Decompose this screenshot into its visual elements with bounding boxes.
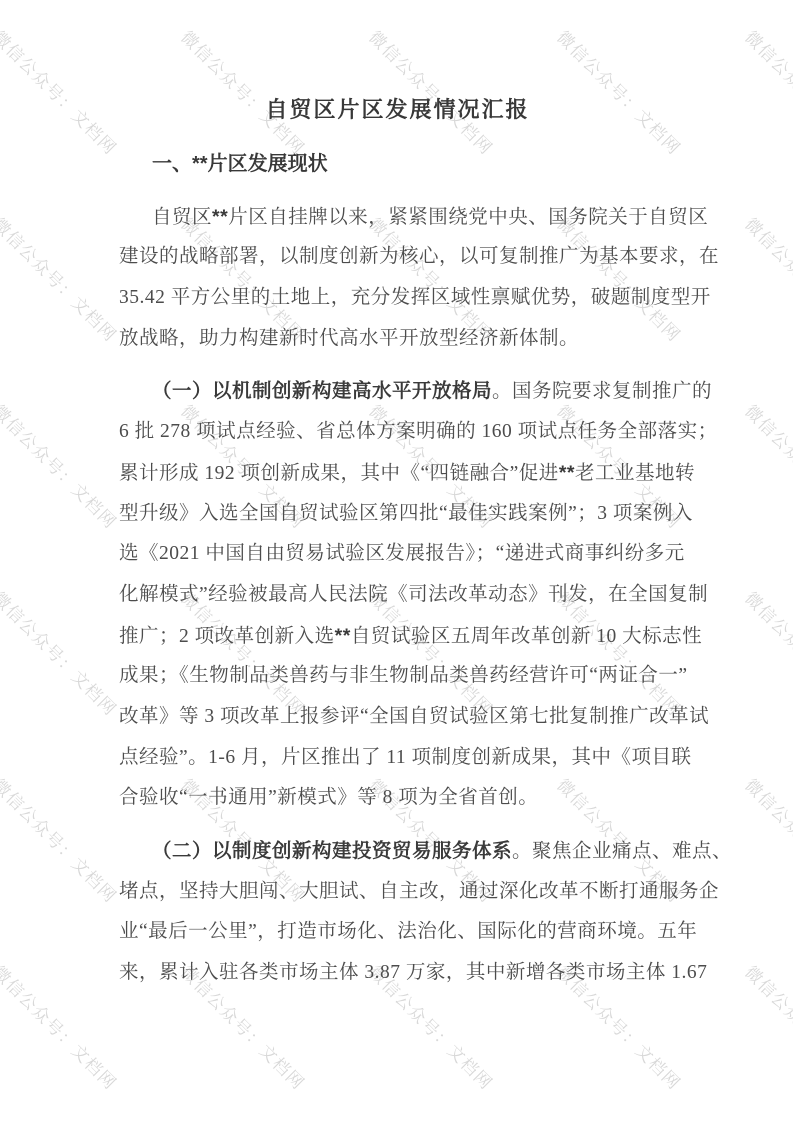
- paragraph-line: 6 批 278 项试点经验、省总体方案明确的 160 项试点任务全部落实；: [119, 412, 676, 453]
- bold-text-run: **: [559, 462, 575, 484]
- paragraph-line: 放战略，助力构建新时代高水平开放型经济新体制。: [119, 319, 676, 360]
- text-run: 35.42 平方公里的土地上，充分发挥区域性禀赋优势，破题制度型开: [119, 287, 711, 308]
- text-run: 建设的战略部署，以制度创新为核心，以可复制推广为基本要求，在: [119, 246, 719, 267]
- watermark-text: 微信公众号：文档网: [740, 959, 793, 1094]
- section-heading: 一、**片区发展现状: [119, 144, 676, 185]
- bold-text-run: **: [335, 625, 351, 647]
- text-run: 点经验”。1-6 月，片区推出了 11 项制度创新成果，其中《项目联: [119, 747, 692, 768]
- paragraph-line: 堵点，坚持大胆闯、大胆试、自主改，通过深化改革不断打通服务企: [119, 872, 676, 913]
- watermark-text: 微信公众号：文档网: [0, 959, 124, 1094]
- text-run: 。国务院要求复制推广的: [492, 381, 712, 402]
- bold-text-run: （二）以制度创新构建投资贸易服务体系: [152, 840, 512, 862]
- text-run: 累计形成 192 项创新成果，其中《“四链融合”促进: [119, 463, 559, 484]
- paragraph: 自贸区**片区自挂牌以来，紧紧围绕党中央、国务院关于自贸区建设的战略部署，以制度…: [119, 197, 676, 360]
- paragraphs: 自贸区**片区自挂牌以来，紧紧围绕党中央、国务院关于自贸区建设的战略部署，以制度…: [119, 197, 676, 994]
- text-run: 选《2021 中国自由贸易试验区发展报告》；“递进式商事纠纷多元: [119, 543, 685, 564]
- paragraph-line: （一）以机制创新构建高水平开放格局。国务院要求复制推广的: [119, 371, 676, 412]
- paragraph-line: 推广；2 项改革创新入选**自贸试验区五周年改革创新 10 大标志性: [119, 616, 676, 657]
- paragraph-line: （二）以制度创新构建投资贸易服务体系。聚焦企业痛点、难点、: [119, 831, 676, 872]
- paragraph-line: 选《2021 中国自由贸易试验区发展报告》；“递进式商事纠纷多元: [119, 534, 676, 575]
- text-run: 来，累计入驻各类市场主体 3.87 万家，其中新增各类市场主体 1.67: [119, 962, 707, 983]
- paragraph-line: 成果；《生物制品类兽药与非生物制品类兽药经营许可“两证合一”: [119, 656, 676, 697]
- watermark-text: 微信公众号：文档网: [740, 211, 793, 346]
- text-run: 片区自挂牌以来，紧紧围绕党中央、国务院关于自贸区: [228, 207, 708, 228]
- watermark-text: 微信公众号：文档网: [0, 24, 124, 159]
- watermark-text: 微信公众号：文档网: [740, 585, 793, 720]
- paragraph: （二）以制度创新构建投资贸易服务体系。聚焦企业痛点、难点、堵点，坚持大胆闯、大胆…: [119, 831, 676, 994]
- document-title: 自贸区片区发展情况汇报: [119, 90, 676, 130]
- watermark-text: 微信公众号：文档网: [740, 398, 793, 533]
- bold-text-run: （一）以机制创新构建高水平开放格局: [152, 380, 492, 402]
- paragraph-line: 建设的战略部署，以制度创新为核心，以可复制推广为基本要求，在: [119, 237, 676, 278]
- text-run: 型升级》入选全国自贸试验区第四批“最佳实践案例”；3 项案例入: [119, 503, 693, 524]
- text-run: 成果；《生物制品类兽药与非生物制品类兽药经营许可“两证合一”: [119, 665, 688, 686]
- document-page: 微信公众号：文档网微信公众号：文档网微信公众号：文档网微信公众号：文档网微信公众…: [0, 0, 793, 1122]
- text-run: 自贸区: [152, 207, 212, 228]
- bold-text-run: **: [212, 206, 228, 228]
- paragraph-line: 化解模式”经验被最高人民法院《司法改革动态》刊发，在全国复制: [119, 575, 676, 616]
- paragraph-line: 自贸区**片区自挂牌以来，紧紧围绕党中央、国务院关于自贸区: [119, 197, 676, 238]
- watermark-text: 微信公众号：文档网: [740, 24, 793, 159]
- watermark-text: 微信公众号：文档网: [740, 772, 793, 907]
- text-run: 放战略，助力构建新时代高水平开放型经济新体制。: [119, 328, 579, 349]
- watermark-text: 微信公众号：文档网: [0, 211, 124, 346]
- paragraph-line: 来，累计入驻各类市场主体 3.87 万家，其中新增各类市场主体 1.67: [119, 953, 676, 994]
- paragraph-line: 型升级》入选全国自贸试验区第四批“最佳实践案例”；3 项案例入: [119, 494, 676, 535]
- text-run: 自贸试验区五周年改革创新 10 大标志性: [351, 626, 702, 647]
- document-content: 自贸区片区发展情况汇报 一、**片区发展现状 自贸区**片区自挂牌以来，紧紧围绕…: [119, 90, 676, 994]
- paragraph-line: 改革》等 3 项改革上报参评“全国自贸试验区第七批复制推广改革试: [119, 697, 676, 738]
- text-run: 业“最后一公里”，打造市场化、法治化、国际化的营商环境。五年: [119, 921, 697, 942]
- text-run: 堵点，坚持大胆闯、大胆试、自主改，通过深化改革不断打通服务企: [119, 881, 719, 902]
- paragraph-line: 业“最后一公里”，打造市场化、法治化、国际化的营商环境。五年: [119, 912, 676, 953]
- watermark-text: 微信公众号：文档网: [0, 398, 124, 533]
- paragraph: （一）以机制创新构建高水平开放格局。国务院要求复制推广的6 批 278 项试点经…: [119, 371, 676, 819]
- text-run: 合验收“一书通用”新模式》等 8 项为全省首创。: [119, 787, 538, 808]
- watermark-text: 微信公众号：文档网: [0, 772, 124, 907]
- watermark-text: 微信公众号：文档网: [0, 585, 124, 720]
- text-run: 6 批 278 项试点经验、省总体方案明确的 160 项试点任务全部落实；: [119, 421, 718, 442]
- paragraph-line: 35.42 平方公里的土地上，充分发挥区域性禀赋优势，破题制度型开: [119, 278, 676, 319]
- paragraph-line: 合验收“一书通用”新模式》等 8 项为全省首创。: [119, 778, 676, 819]
- paragraph-line: 累计形成 192 项创新成果，其中《“四链融合”促进**老工业基地转: [119, 453, 676, 494]
- text-run: 推广；2 项改革创新入选: [119, 626, 335, 647]
- text-run: 改革》等 3 项改革上报参评“全国自贸试验区第七批复制推广改革试: [119, 706, 709, 727]
- text-run: 化解模式”经验被最高人民法院《司法改革动态》刊发，在全国复制: [119, 584, 708, 605]
- text-run: 。聚焦企业痛点、难点、: [512, 841, 732, 862]
- paragraph-line: 点经验”。1-6 月，片区推出了 11 项制度创新成果，其中《项目联: [119, 738, 676, 779]
- text-run: 老工业基地转: [575, 463, 695, 484]
